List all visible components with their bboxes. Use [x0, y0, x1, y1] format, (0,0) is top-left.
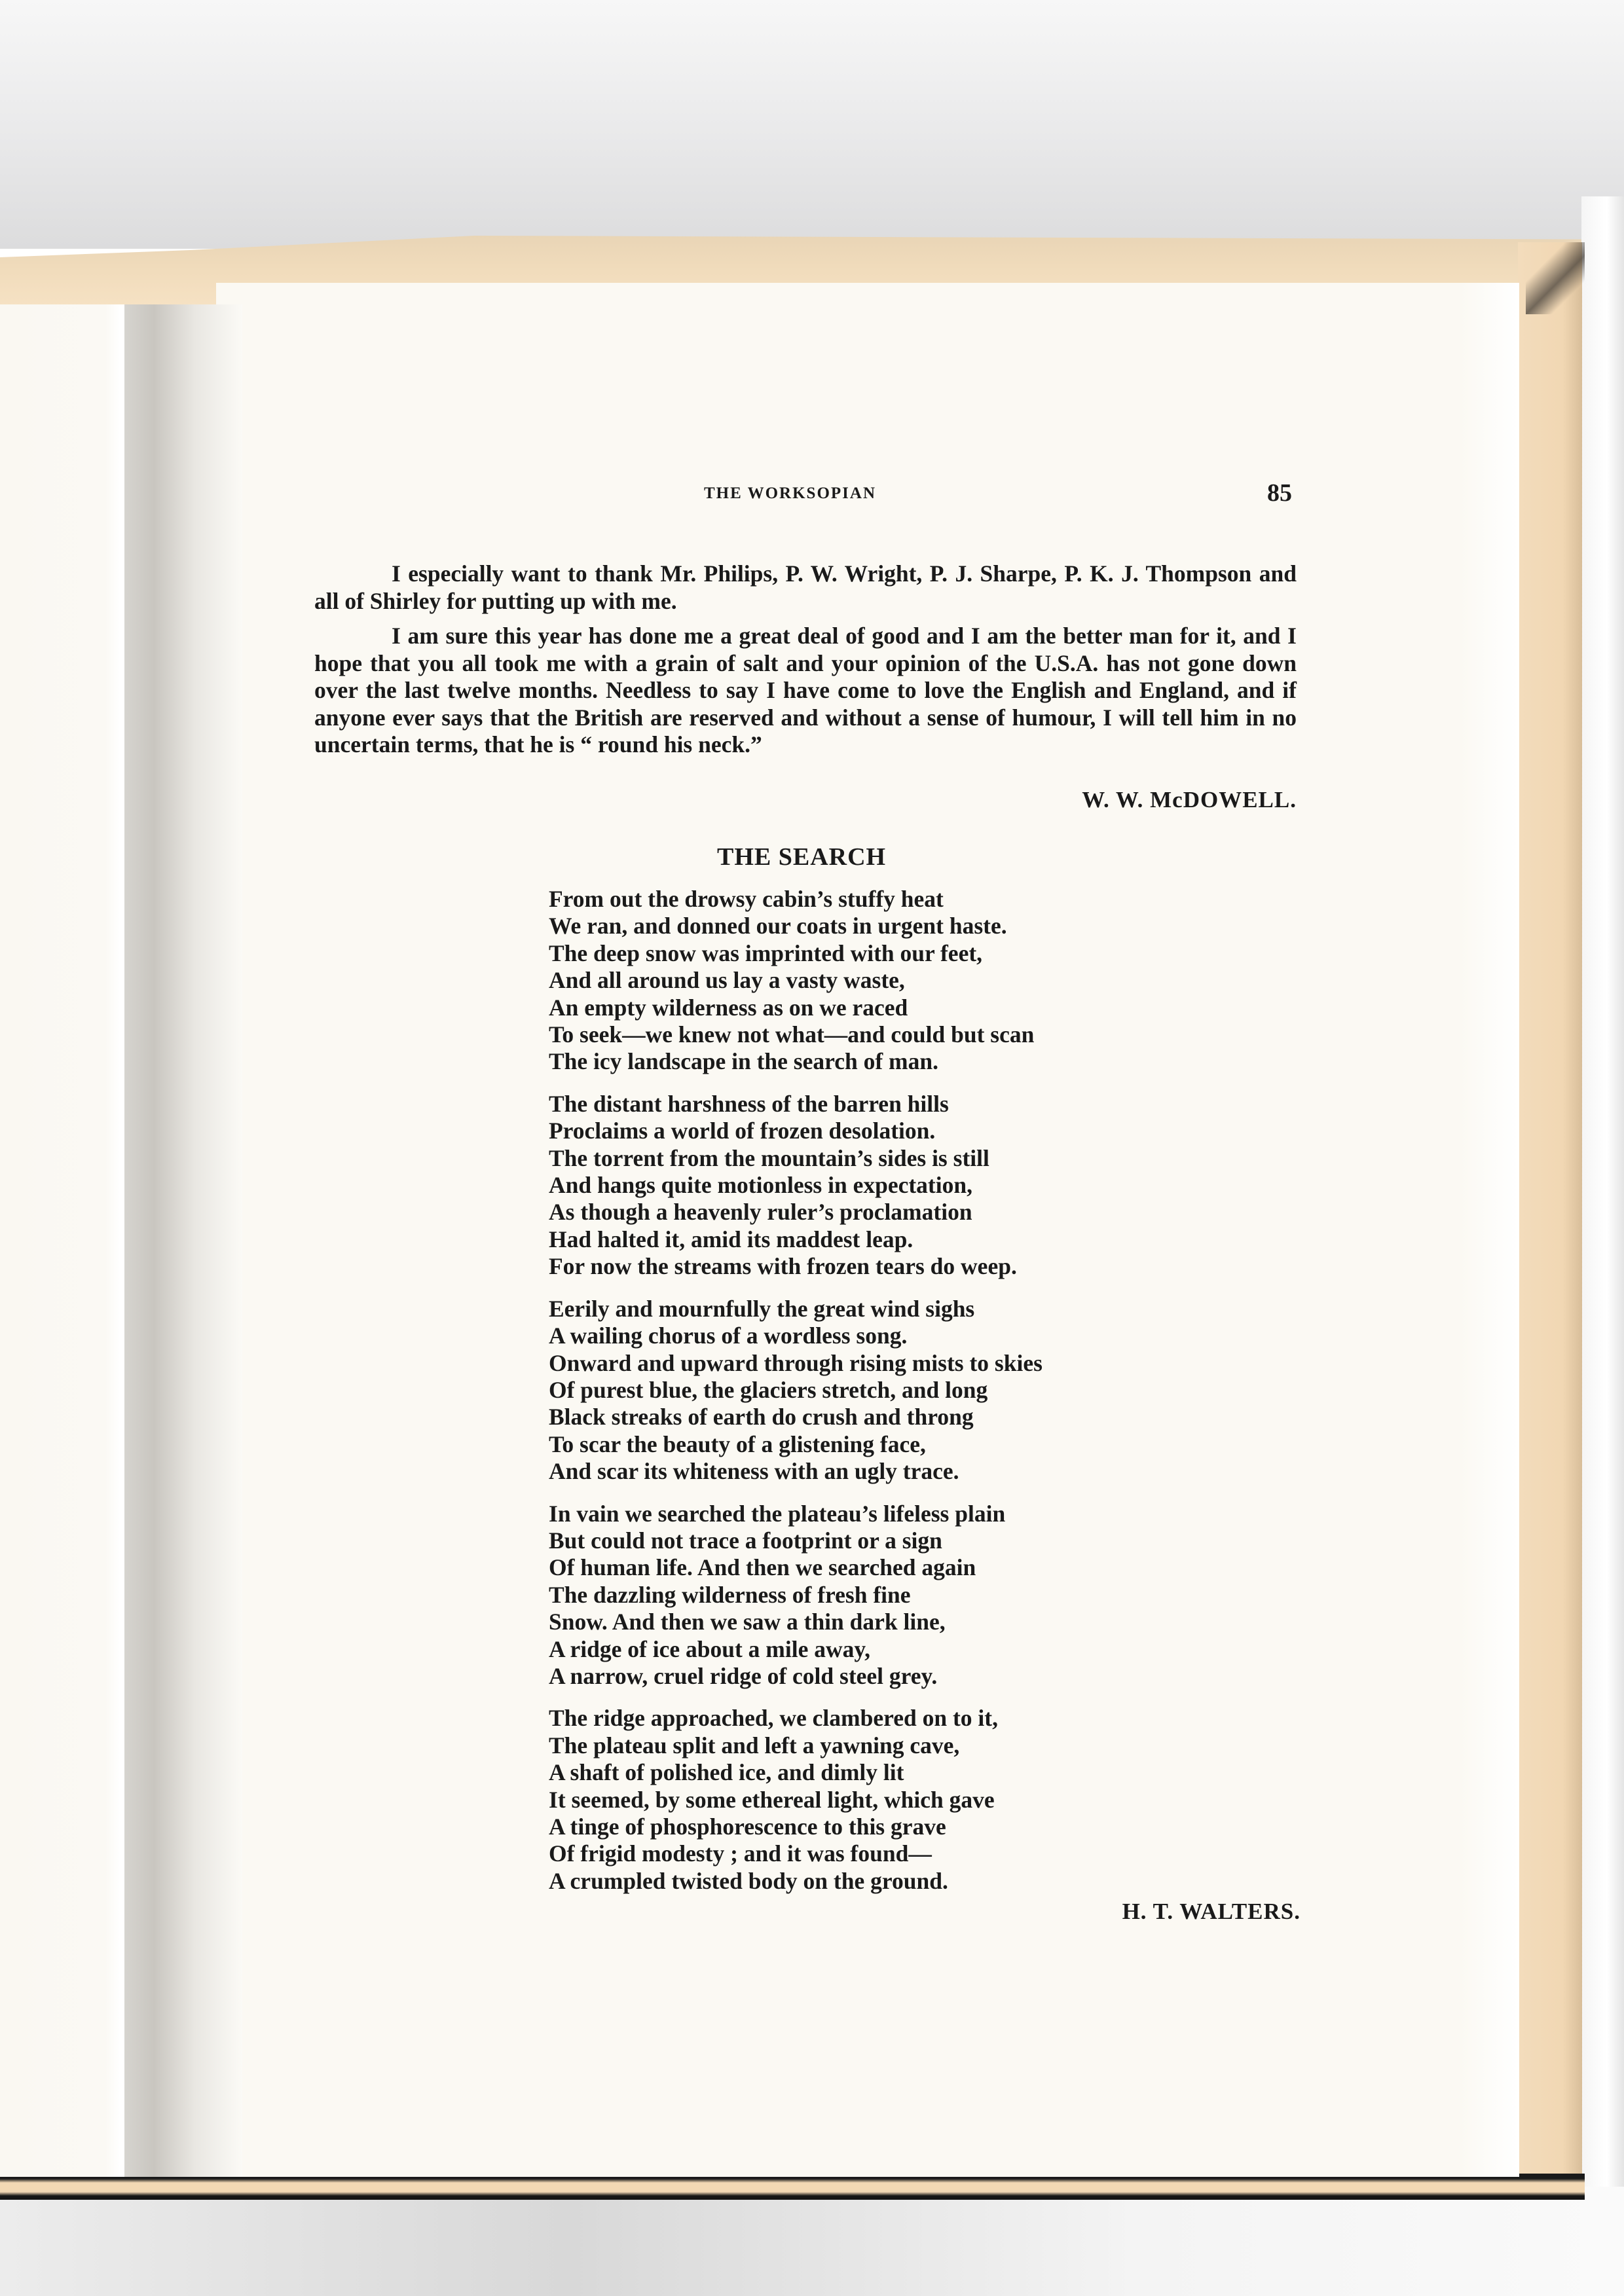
poem-line: The torrent from the mountain’s sides is…	[549, 1145, 1043, 1172]
poem-line: Of human life. And then we searched agai…	[549, 1554, 1043, 1581]
poem-body: From out the drowsy cabin’s stuffy heat …	[549, 886, 1043, 1895]
page-number: 85	[1267, 479, 1292, 507]
cover-corner-wear	[1526, 242, 1585, 314]
scanner-background-top	[0, 0, 1624, 249]
poem-line: The dazzling wilderness of fresh fine	[549, 1582, 1043, 1609]
poem-line: To scar the beauty of a glistening face,	[549, 1431, 1043, 1458]
letter-paragraph: I especially want to thank Mr. Philips, …	[314, 560, 1297, 615]
poem-line: And scar its whiteness with an ugly trac…	[549, 1458, 1043, 1485]
poem-line: The deep snow was imprinted with our fee…	[549, 940, 1043, 967]
poem-line: But could not trace a footprint or a sig…	[549, 1527, 1043, 1554]
poem-line: A narrow, cruel ridge of cold steel grey…	[549, 1663, 1043, 1690]
poem-line: Black streaks of earth do crush and thro…	[549, 1404, 1043, 1430]
scanner-background-right	[1581, 196, 1624, 2226]
letter-signature: W. W. McDOWELL.	[1082, 787, 1297, 813]
letter-body: I especially want to thank Mr. Philips, …	[314, 560, 1297, 759]
poem-line: The icy landscape in the search of man.	[549, 1048, 1043, 1075]
poem-line: For now the streams with frozen tears do…	[549, 1253, 1043, 1280]
stanza: The distant harshness of the barren hill…	[549, 1091, 1043, 1281]
letter-paragraph: I am sure this year has done me a great …	[314, 623, 1297, 759]
poem-line: The ridge approached, we clambered on to…	[549, 1705, 1043, 1732]
book-cover-bottom-edge	[0, 2174, 1585, 2200]
book-cover-right-edge	[1518, 242, 1582, 2174]
poem-line: And all around us lay a vasty waste,	[549, 967, 1043, 994]
book-gutter	[124, 304, 242, 2177]
poem-line: Proclaims a world of frozen desolation.	[549, 1118, 1043, 1144]
poem-line: An empty wilderness as on we raced	[549, 994, 1043, 1021]
scanner-background-bottom	[0, 2187, 1624, 2296]
poem-line: Onward and upward through rising mists t…	[549, 1350, 1043, 1377]
poem-title: THE SEARCH	[717, 843, 886, 871]
stanza: From out the drowsy cabin’s stuffy heat …	[549, 886, 1043, 1076]
stanza: The ridge approached, we clambered on to…	[549, 1705, 1043, 1895]
poem-line: To seek—we knew not what—and could but s…	[549, 1021, 1043, 1048]
poem-line: A wailing chorus of a wordless song.	[549, 1322, 1043, 1349]
poem-line: A crumpled twisted body on the ground.	[549, 1868, 1043, 1895]
poem-line: In vain we searched the plateau’s lifele…	[549, 1501, 1043, 1527]
poem-line: A shaft of polished ice, and dimly lit	[549, 1759, 1043, 1786]
poem-line: The plateau split and left a yawning cav…	[549, 1732, 1043, 1759]
poem-line: It seemed, by some ethereal light, which…	[549, 1787, 1043, 1813]
poem-line: From out the drowsy cabin’s stuffy heat	[549, 886, 1043, 913]
poem-line: A ridge of ice about a mile away,	[549, 1636, 1043, 1663]
poem-line: Had halted it, amid its maddest leap.	[549, 1226, 1043, 1253]
stanza: Eerily and mournfully the great wind sig…	[549, 1296, 1043, 1485]
poem-line: We ran, and donned our coats in urgent h…	[549, 913, 1043, 939]
poem-line: A tinge of phosphorescence to this grave	[549, 1813, 1043, 1840]
poem-line: Eerily and mournfully the great wind sig…	[549, 1296, 1043, 1322]
poem-line: Snow. And then we saw a thin dark line,	[549, 1609, 1043, 1635]
left-page	[0, 304, 141, 2177]
page-edge-highlight	[1460, 283, 1519, 2177]
poem-line: Of frigid modesty ; and it was found—	[549, 1840, 1043, 1867]
poem-line: Of purest blue, the glaciers stretch, an…	[549, 1377, 1043, 1404]
stanza: In vain we searched the plateau’s lifele…	[549, 1501, 1043, 1690]
poem-line: As though a heavenly ruler’s proclamatio…	[549, 1199, 1043, 1226]
poem-line: And hangs quite motionless in expectatio…	[549, 1172, 1043, 1199]
poem-line: The distant harshness of the barren hill…	[549, 1091, 1043, 1118]
poem-author: H. T. WALTERS.	[1122, 1899, 1301, 1925]
running-title: THE WORKSOPIAN	[704, 484, 876, 503]
